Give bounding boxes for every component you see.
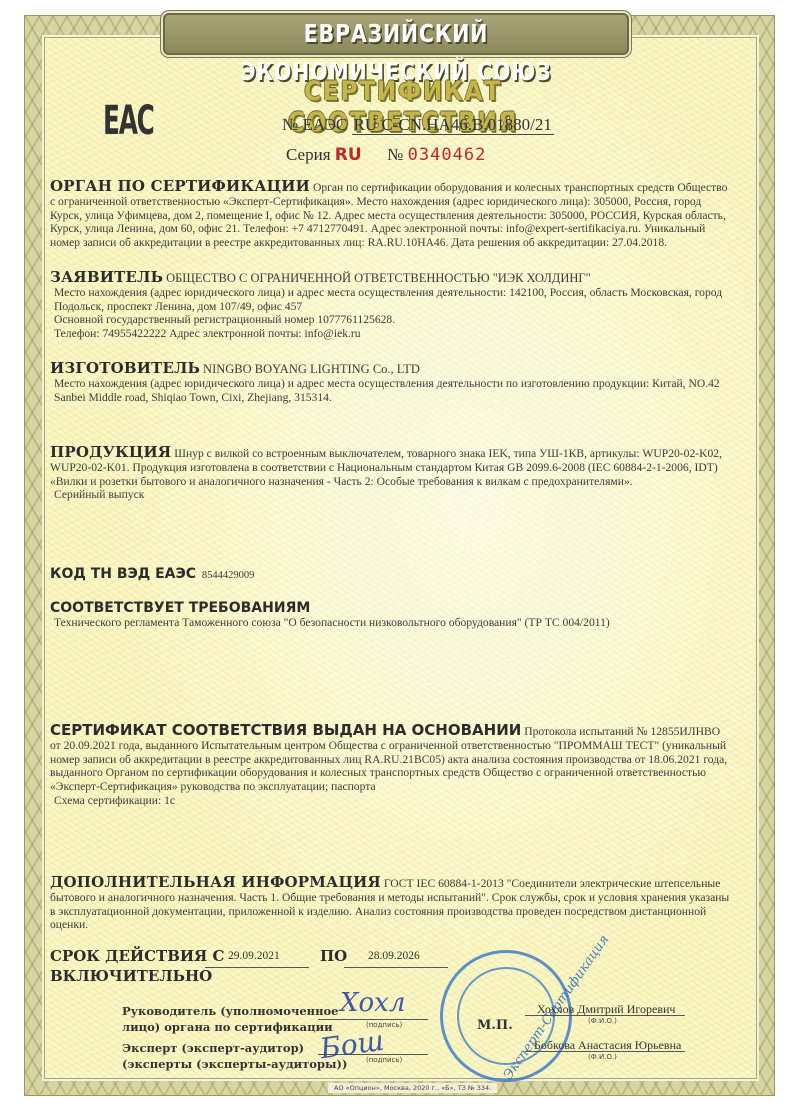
certification-body-heading: ОРГАН ПО СЕРТИФИКАЦИИ [50,177,310,195]
head-fio-caption: (Ф.И.О.) [588,1017,617,1025]
manufacturer-section: ИЗГОТОВИТЕЛЬ NINGBO BOYANG LIGHTING Co.,… [50,362,730,404]
certificate-number: № ЕАЭС RU C-CN.НА46.В.01880/21 [282,115,554,135]
applicant-heading: ЗАЯВИТЕЛЬ [50,268,163,286]
manufacturer-address: Место нахождения (адрес юридического лиц… [50,377,730,405]
number-label: № ЕАЭС [282,115,347,134]
series-value: RU [335,145,362,165]
requirements-section: СООТВЕТСТВУЕТ ТРЕБОВАНИЯМ Технического р… [50,602,730,630]
blank-number: 0340462 [408,145,487,165]
certification-body-section: ОРГАН ПО СЕРТИФИКАЦИИ Орган по сертифика… [50,180,730,250]
number-value: RU C-CN.НА46.В.01880/21 [352,115,554,135]
applicant-ogrn: Основной государственный регистрационный… [50,313,730,327]
requirements-heading: СООТВЕТСТВУЕТ ТРЕБОВАНИЯМ [50,602,730,616]
head-name: Хохлов Дмитрий Игоревич [537,1002,675,1017]
stamp-place-label: М.П. [477,1018,513,1033]
series-line: Серия RU № 0340462 [286,145,486,165]
validity-to-date: 28.09.2026 [368,950,420,962]
expert-label-line-2: (эксперты (эксперты-аудиторы)) [122,1056,347,1072]
basis-heading: СЕРТИФИКАТ СООТВЕТСТВИЯ ВЫДАН НА ОСНОВАН… [50,721,521,739]
from-date-line [205,967,309,968]
head-label-line-1: Руководитель (уполномоченное [122,1003,339,1019]
union-banner: ЕВРАЗИЙСКИЙ ЭКОНОМИЧЕСКИЙ СОЮЗ [163,13,629,55]
product-heading: ПРОДУКЦИЯ [50,443,171,461]
printer-imprint: АО «Опцион», Москва, 2020 г., «Б», ТЗ № … [328,1083,497,1093]
validity-from-date: 29.09.2021 [228,950,280,962]
applicant-section: ЗАЯВИТЕЛЬ ОБЩЕСТВО С ОГРАНИЧЕННОЙ ОТВЕТС… [50,271,730,341]
series-label: Серия [286,145,331,164]
expert-label-line-1: Эксперт (эксперт-аудитор) [122,1040,347,1056]
manufacturer-name: NINGBO BOYANG LIGHTING Co., LTD [203,362,420,376]
expert-name: Бобкова Анастасия Юрьевна [534,1038,681,1053]
manufacturer-heading: ИЗГОТОВИТЕЛЬ [50,359,200,377]
additional-section: ДОПОЛНИТЕЛЬНАЯ ИНФОРМАЦИЯ ГОСТ IEC 60884… [50,876,730,932]
blank-number-label: № [387,145,403,164]
validity-inclusive-label: ВКЛЮЧИТЕЛЬНО [50,967,750,985]
additional-heading: ДОПОЛНИТЕЛЬНАЯ ИНФОРМАЦИЯ [50,873,381,891]
tn-ved-code: 8544429009 [202,570,255,581]
head-label: Руководитель (уполномоченное лицо) орган… [122,1003,339,1035]
validity-to-label: ПО [320,947,347,965]
basis-section: СЕРТИФИКАТ СООТВЕТСТВИЯ ВЫДАН НА ОСНОВАН… [50,724,730,808]
product-release: Серийный выпуск [50,488,730,502]
requirements-text: Технического регламента Таможенного союз… [50,616,730,630]
tn-ved-heading: КОД ТН ВЭД ЕАЭС [50,566,196,582]
applicant-address: Место нахождения (адрес юридического лиц… [50,286,730,314]
applicant-name: ОБЩЕСТВО С ОГРАНИЧЕННОЙ ОТВЕТСТВЕННОСТЬЮ… [166,271,591,285]
expert-fio-caption: (Ф.И.О.) [588,1053,617,1061]
basis-scheme: Схема сертификации: 1с [50,794,730,808]
head-signature: Хохл [340,988,405,1018]
applicant-contacts: Телефон: 74955422222 Адрес электронной п… [50,327,730,341]
expert-label: Эксперт (эксперт-аудитор) (эксперты (экс… [122,1040,347,1072]
head-label-line-2: лицо) органа по сертификации [122,1019,339,1035]
to-date-line [344,967,448,968]
product-section: ПРОДУКЦИЯ Шнур с вилкой со встроенным вы… [50,446,730,502]
head-signature-line [318,1019,428,1020]
tn-ved-section: КОД ТН ВЭД ЕАЭС 8544429009 [50,568,730,583]
eac-logo: EAC [103,98,154,144]
